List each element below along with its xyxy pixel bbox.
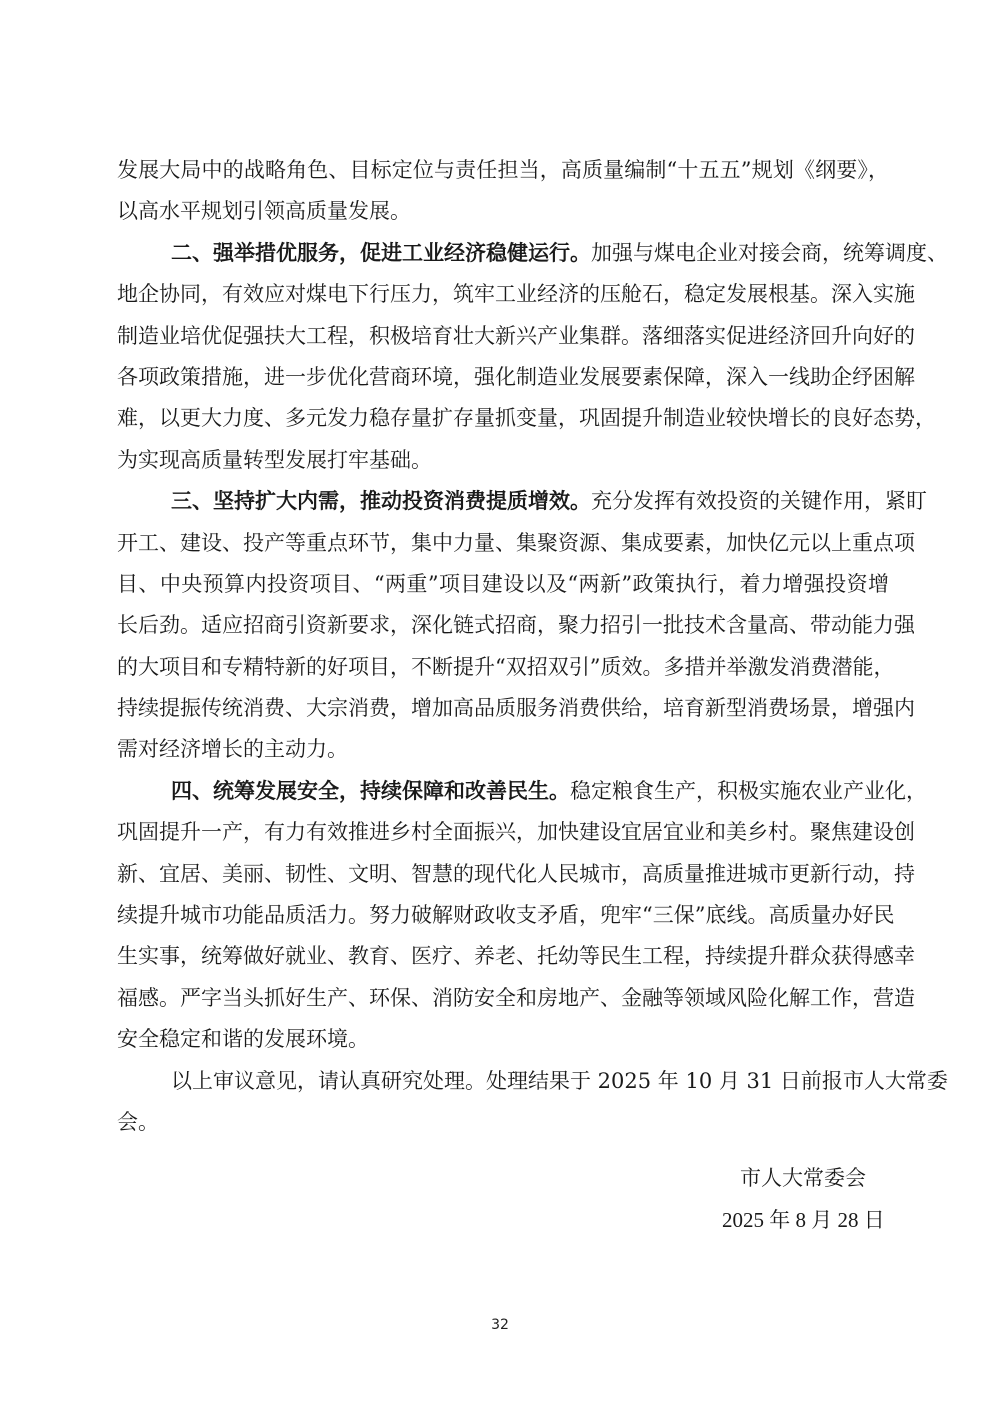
paragraph-line: 生实事，统筹做好就业、教育、医疗、养老、托幼等民生工程，持续提升群众获得感幸 (117, 936, 889, 977)
paragraph-line: 长后劲。适应招商引资新要求，深化链式招商，聚力招引一批技术含量高、带动能力强 (117, 605, 889, 646)
section-development-security: 四、统筹发展安全，持续保障和改善民生。稳定粮食生产，积极实施农业产业化， 巩固提… (117, 771, 889, 1061)
paragraph-first-line: 二、强举措优服务，促进工业经济稳健运行。加强与煤电企业对接会商，统筹调度、 (117, 233, 889, 274)
signature-organization: 市人大常委会 (740, 1160, 862, 1196)
paragraph-line: 新、宜居、美丽、韧性、文明、智慧的现代化人民城市，高质量推进城市更新行动，持 (117, 854, 889, 895)
closing-paragraph: 以上审议意见，请认真研究处理。处理结果于 2025 年 10 月 31 日前报市… (117, 1061, 889, 1144)
section-heading: 三、坚持扩大内需，推动投资消费提质增效。 (171, 489, 591, 513)
document-body: 发展大局中的战略角色、目标定位与责任担当，高质量编制“十五五”规划《纲要》， 以… (117, 150, 889, 1143)
section-text: 加强与煤电企业对接会商，统筹调度、 (591, 241, 948, 265)
paragraph-line: 发展大局中的战略角色、目标定位与责任担当，高质量编制“十五五”规划《纲要》， (117, 150, 889, 191)
paragraph-line: 续提升城市功能品质活力。努力破解财政收支矛盾，兜牢“三保”底线。高质量办好民 (117, 895, 889, 936)
paragraph-line: 目、中央预算内投资项目、“两重”项目建设以及“两新”政策执行，着力增强投资增 (117, 564, 889, 605)
signature-date: 2025 年 8 月 28 日 (722, 1202, 882, 1238)
section-domestic-demand: 三、坚持扩大内需，推动投资消费提质增效。充分发挥有效投资的关键作用，紧盯 开工、… (117, 481, 889, 771)
section-heading: 二、强举措优服务，促进工业经济稳健运行。 (171, 241, 591, 265)
paragraph-line: 为实现高质量转型发展打牢基础。 (117, 440, 889, 481)
paragraph-line: 会。 (117, 1102, 889, 1143)
paragraph-line: 开工、建设、投产等重点环节，集中力量、集聚资源、集成要素，加快亿元以上重点项 (117, 523, 889, 564)
paragraph-first-line: 三、坚持扩大内需，推动投资消费提质增效。充分发挥有效投资的关键作用，紧盯 (117, 481, 889, 522)
section-text: 稳定粮食生产，积极实施农业产业化， (570, 779, 927, 803)
section-heading: 四、统筹发展安全，持续保障和改善民生。 (171, 779, 570, 803)
continuation-paragraph: 发展大局中的战略角色、目标定位与责任担当，高质量编制“十五五”规划《纲要》， 以… (117, 150, 889, 233)
paragraph-line: 的大项目和专精特新的好项目，不断提升“双招双引”质效。多措并举激发消费潜能， (117, 647, 889, 688)
paragraph-line: 地企协同，有效应对煤电下行压力，筑牢工业经济的压舱石，稳定发展根基。深入实施 (117, 274, 889, 315)
section-text: 充分发挥有效投资的关键作用，紧盯 (591, 489, 927, 513)
paragraph-line: 需对经济增长的主动力。 (117, 729, 889, 770)
paragraph-line: 各项政策措施，进一步优化营商环境，强化制造业发展要素保障，深入一线助企纾困解 (117, 357, 889, 398)
paragraph-first-line: 四、统筹发展安全，持续保障和改善民生。稳定粮食生产，积极实施农业产业化， (117, 771, 889, 812)
paragraph-line: 以上审议意见，请认真研究处理。处理结果于 2025 年 10 月 31 日前报市… (117, 1061, 889, 1102)
paragraph-line: 福感。严字当头抓好生产、环保、消防安全和房地产、金融等领域风险化解工作，营造 (117, 978, 889, 1019)
paragraph-line: 制造业培优促强扶大工程，积极培育壮大新兴产业集群。落细落实促进经济回升向好的 (117, 316, 889, 357)
paragraph-line: 难，以更大力度、多元发力稳存量扩存量抓变量，巩固提升制造业较快增长的良好态势， (117, 398, 889, 439)
paragraph-line: 持续提振传统消费、大宗消费，增加高品质服务消费供给，培育新型消费场景，增强内 (117, 688, 889, 729)
paragraph-line: 以高水平规划引领高质量发展。 (117, 191, 889, 232)
document-page: 发展大局中的战略角色、目标定位与责任担当，高质量编制“十五五”规划《纲要》， 以… (0, 0, 1000, 1415)
paragraph-line: 巩固提升一产，有力有效推进乡村全面振兴，加快建设宜居宜业和美乡村。聚焦建设创 (117, 812, 889, 853)
page-number: 32 (470, 1314, 530, 1336)
section-industrial-economy: 二、强举措优服务，促进工业经济稳健运行。加强与煤电企业对接会商，统筹调度、 地企… (117, 233, 889, 481)
paragraph-line: 安全稳定和谐的发展环境。 (117, 1019, 889, 1060)
